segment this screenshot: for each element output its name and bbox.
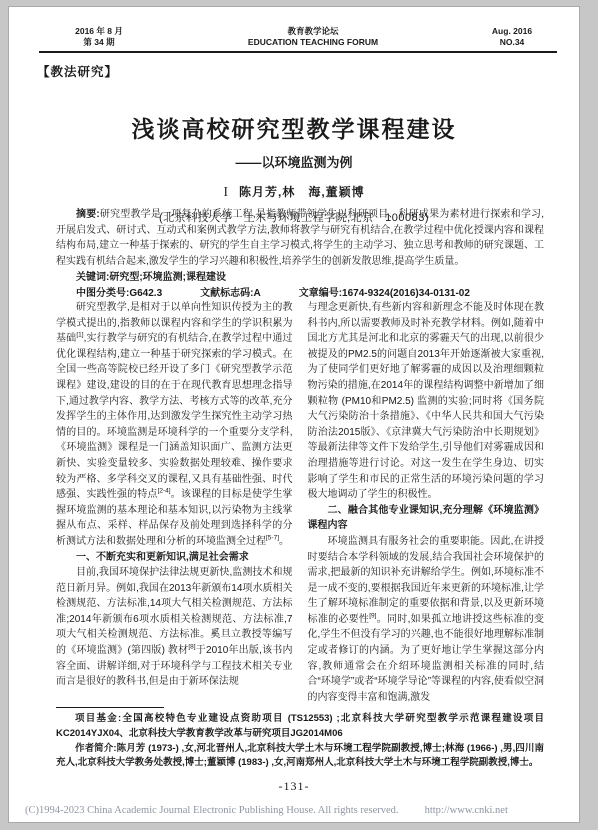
header-issue-no-cn: 第 34 期	[39, 37, 159, 48]
footnote-block: 项目基金:全国高校特色专业建设点资助项目 (TS12553) ;北京科技大学研究…	[56, 707, 544, 771]
reference-superscript: [5-7]	[266, 535, 279, 542]
abstract-text: 研究型教学是一项复杂的系统工程,是指教师带领学生以科研项目、科研成果为素材进行探…	[56, 209, 544, 267]
article-subtitle: ——以环境监测为例	[9, 152, 579, 171]
article-id: 文章编号:1674-9324(2016)34-0131-02	[299, 286, 470, 302]
screenshot-root: { "header": { "date_cn": "2016 年 8 月", "…	[0, 0, 598, 830]
article-title: 浅谈高校研究型教学课程建设	[9, 111, 579, 144]
body-columns: 研究型教学,是相对于以单向性知识传授为主的教学模式提出的,指教师以课程内容和学生…	[56, 300, 544, 707]
copyright-line: (C)1994-2023 China Academic Journal Elec…	[25, 805, 569, 816]
reference-superscript: [2-4]	[158, 488, 171, 495]
author-bio-text: 陈月芳 (1973-) ,女,河北晋州人,北京科技大学土木与环境工程学院副教授,…	[56, 743, 544, 769]
header-issue-no-en: NO.34	[467, 37, 557, 48]
funding-text: 全国高校特色专业建设点资助项目 (TS12553) ;北京科技大学研究型教学示范…	[56, 713, 544, 739]
journal-title-en: EDUCATION TEACHING FORUM	[159, 37, 467, 48]
author-bio-note: 作者简介:陈月芳 (1973-) ,女,河北晋州人,北京科技大学土木与环境工程学…	[56, 742, 544, 772]
copyright-text: (C)1994-2023 China Academic Journal Elec…	[25, 805, 399, 816]
author-bio-label: 作者简介:	[75, 743, 117, 754]
section-category-tag: 【教法研究】	[37, 62, 118, 80]
abstract-block: 摘要:研究型教学是一项复杂的系统工程,是指教师带领学生以科研项目、科研成果为素材…	[56, 207, 544, 301]
header-issue-cn: 2016 年 8 月 第 34 期	[39, 26, 159, 48]
abstract-label: 摘要:	[76, 209, 100, 220]
body-paragraph: 环境监测具有服务社会的重要职能。因此,在讲授时要结合本学科领域的发展,结合我国社…	[308, 534, 545, 706]
ibeam-cursor: I	[223, 185, 229, 200]
reference-superscript: [1]	[76, 332, 83, 339]
journal-header: 2016 年 8 月 第 34 期 教育教学论坛 EDUCATION TEACH…	[39, 26, 557, 53]
footnote-separator	[56, 707, 164, 708]
body-paragraph: 与理念更新快,有些新内容和新理念不能及时体现在教科书内,所以需要教师及时补充教学…	[308, 300, 545, 503]
journal-title-cn: 教育教学论坛	[159, 26, 467, 37]
keywords-text: 研究型;环境监测;课程建设	[109, 272, 226, 283]
page-number: -131-	[9, 779, 579, 794]
body-column-right: 与理念更新快,有些新内容和新理念不能及时体现在教科书内,所以需要教师及时补充教学…	[308, 300, 545, 707]
header-date-en: Aug. 2016	[467, 26, 557, 37]
body-column-left: 研究型教学,是相对于以单向性知识传授为主的教学模式提出的,指教师以课程内容和学生…	[56, 300, 293, 707]
copyright-url: http://www.cnki.net	[425, 805, 508, 816]
authors-names: 陈月芳,林 海,董颖博	[239, 185, 365, 199]
clc-number: 中图分类号:G642.3	[76, 286, 162, 302]
header-journal-name: 教育教学论坛 EDUCATION TEACHING FORUM	[159, 26, 467, 48]
journal-page: 2016 年 8 月 第 34 期 教育教学论坛 EDUCATION TEACH…	[8, 6, 580, 823]
authors-row: I陈月芳,林 海,董颖博	[9, 183, 579, 201]
keywords-line: 关键词:研究型;环境监测;课程建设	[56, 270, 544, 286]
funding-label: 项目基金:	[75, 713, 121, 724]
section-heading: 二、融合其他专业课知识,充分理解《环境监测》课程内容	[308, 503, 545, 534]
article-meta-row: 中图分类号:G642.3 文献标志码:A 文章编号:1674-9324(2016…	[56, 286, 544, 302]
reference-superscript: [9]	[369, 613, 376, 620]
reference-superscript: [8]	[188, 644, 195, 651]
body-paragraph: 研究型教学,是相对于以单向性知识传授为主的教学模式提出的,指教师以课程内容和学生…	[56, 300, 293, 550]
header-date-cn: 2016 年 8 月	[39, 26, 159, 37]
header-issue-en: Aug. 2016 NO.34	[467, 26, 557, 48]
body-paragraph: 目前,我国环境保护法律法规更新快,监测技术和规范日新月异。例如,我国在2013年…	[56, 565, 293, 690]
abstract-paragraph: 摘要:研究型教学是一项复杂的系统工程,是指教师带领学生以科研项目、科研成果为素材…	[56, 207, 544, 270]
document-code: 文献标志码:A	[200, 286, 261, 302]
keywords-label: 关键词:	[76, 272, 109, 283]
funding-note: 项目基金:全国高校特色专业建设点资助项目 (TS12553) ;北京科技大学研究…	[56, 712, 544, 742]
section-heading: 一、不断充实和更新知识,满足社会需求	[56, 550, 293, 566]
